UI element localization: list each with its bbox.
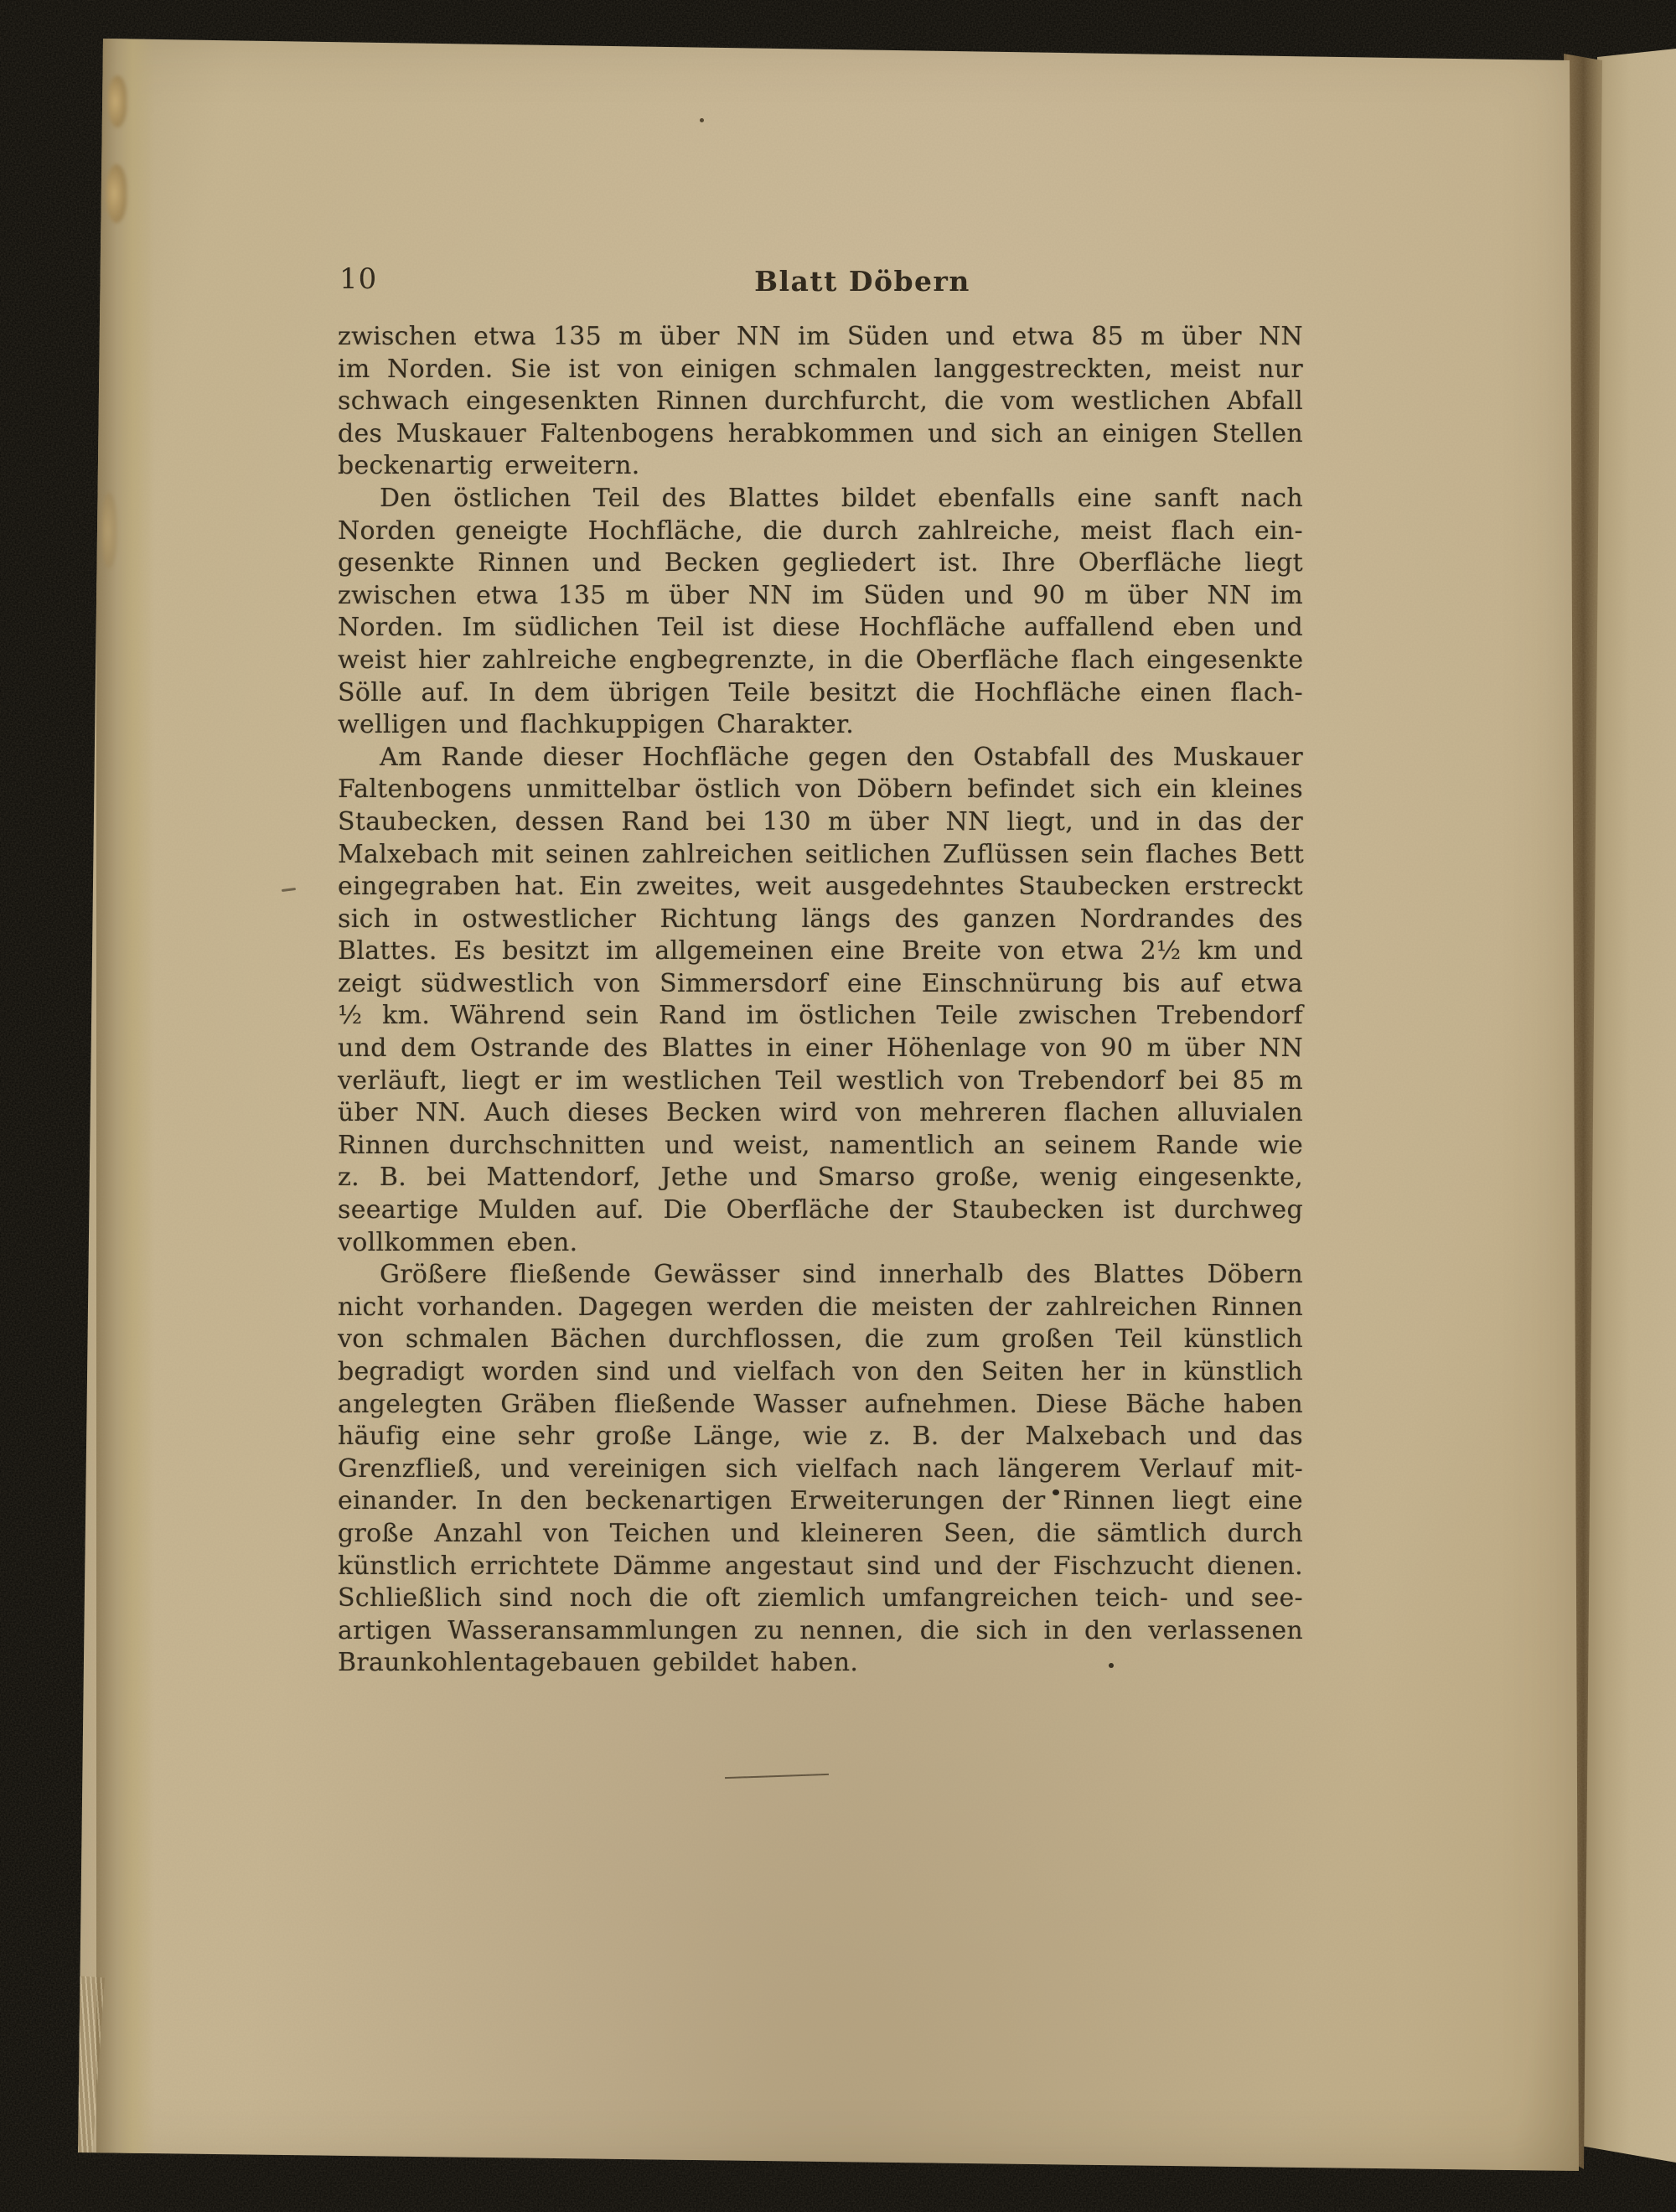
section-divider-rule (725, 1774, 829, 1779)
text-line: Braunkohlentagebauen gebildet haben. (338, 1647, 1303, 1680)
page-body: zwischen etwa 135 m über NN im Süden und… (338, 321, 1303, 1680)
text-line: welligen und flachkuppigen Charakter. (338, 709, 1303, 742)
text-line: Größere fließende Gewässer sind innerhal… (338, 1259, 1303, 1292)
text-line: vollkommen eben. (338, 1227, 1303, 1260)
ink-speck (700, 118, 704, 122)
text-line: Blattes. Es besitzt im allgemeinen eine … (338, 935, 1303, 968)
text-line: angelegten Gräben fließende Wasser aufne… (338, 1389, 1303, 1422)
text-line: eingegraben hat. Ein zweites, weit ausge… (338, 871, 1303, 904)
text-line: weist hier zahlreiche engbegrenzte, in d… (338, 645, 1303, 677)
text-line: künstlich errichtete Dämme angestaut sin… (338, 1551, 1303, 1583)
page-header: 10 Blatt Döbern (338, 262, 1303, 299)
text-line: z. B. bei Mattendorf, Jethe und Smarso g… (338, 1162, 1303, 1194)
page-number: 10 (339, 262, 377, 296)
text-line: verläuft, liegt er im westlichen Teil we… (338, 1065, 1303, 1098)
text-line: zwischen etwa 135 m über NN im Süden und… (338, 321, 1303, 354)
text-line: nicht vorhanden. Dagegen werden die meis… (338, 1292, 1303, 1324)
text-line: große Anzahl von Teichen und kleineren S… (338, 1518, 1303, 1551)
text-line: zwischen etwa 135 m über NN im Süden und… (338, 580, 1303, 613)
text-line: Norden geneigte Hochfläche, die durch za… (338, 515, 1303, 548)
binding-ridge (106, 164, 127, 223)
text-line: des Muskauer Faltenbogens herabkommen un… (338, 418, 1303, 451)
text-line: Schließlich sind noch die oft ziemlich u… (338, 1583, 1303, 1615)
page-content: 10 Blatt Döbern zwischen etwa 135 m über… (338, 262, 1303, 1680)
text-line: Staubecken, dessen Rand bei 130 m über N… (338, 806, 1303, 839)
text-line: begradigt worden sind und vielfach von d… (338, 1356, 1303, 1389)
paragraph: zwischen etwa 135 m über NN im Süden und… (338, 321, 1303, 483)
binding-ridge (101, 493, 116, 568)
text-line: sich in ostwestlicher Richtung längs des… (338, 904, 1303, 936)
binding-ridge (108, 75, 127, 127)
text-line: Norden. Im südlichen Teil ist diese Hoch… (338, 612, 1303, 645)
text-line: ½ km. Während sein Rand im östlichen Tei… (338, 1000, 1303, 1033)
text-line: seeartige Mulden auf. Die Oberfläche der… (338, 1194, 1303, 1227)
text-line: gesenkte Rinnen und Becken gegliedert is… (338, 547, 1303, 580)
text-line: Rinnen durchschnitten und weist, namentl… (338, 1130, 1303, 1163)
text-line: Am Rande dieser Hochfläche gegen den Ost… (338, 742, 1303, 774)
text-line: schwach eingesenkten Rinnen durchfurcht,… (338, 386, 1303, 418)
text-line: häufig eine sehr große Länge, wie z. B. … (338, 1421, 1303, 1453)
paragraph: Den östlichen Teil des Blattes bildet eb… (338, 483, 1303, 742)
margin-pencil-mark (282, 888, 296, 892)
ink-speck (1053, 1489, 1059, 1495)
book-page: 10 Blatt Döbern zwischen etwa 135 m über… (71, 23, 1582, 2179)
text-line: einander. In den beckenartigen Erweiteru… (338, 1485, 1303, 1518)
text-line: Malxebach mit seinen zahlreichen seitlic… (338, 839, 1303, 872)
text-line: zeigt südwestlich von Simmersdorf eine E… (338, 968, 1303, 1001)
text-line: von schmalen Bächen durchflossen, die zu… (338, 1324, 1303, 1356)
text-line: über NN. Auch dieses Becken wird von meh… (338, 1097, 1303, 1130)
text-line: und dem Ostrande des Blattes in einer Hö… (338, 1033, 1303, 1065)
text-line: Sölle auf. In dem übrigen Teile besitzt … (338, 677, 1303, 710)
text-line: beckenartig erweitern. (338, 450, 1303, 483)
running-header: Blatt Döbern (754, 265, 970, 298)
text-line: artigen Wasseransammlungen zu nennen, di… (338, 1615, 1303, 1648)
ink-speck (1109, 1663, 1114, 1668)
text-line: Den östlichen Teil des Blattes bildet eb… (338, 483, 1303, 515)
scanned-book-photo: 10 Blatt Döbern zwischen etwa 135 m über… (0, 0, 1676, 2212)
text-line: Faltenbogens unmittelbar östlich von Döb… (338, 774, 1303, 806)
paragraph: Größere fließende Gewässer sind innerhal… (338, 1259, 1303, 1680)
text-line: Grenzfließ, und vereinigen sich vielfach… (338, 1453, 1303, 1486)
paragraph: Am Rande dieser Hochfläche gegen den Ost… (338, 742, 1303, 1260)
binding-edge (96, 23, 155, 2179)
text-line: im Norden. Sie ist von einigen schmalen … (338, 354, 1303, 386)
